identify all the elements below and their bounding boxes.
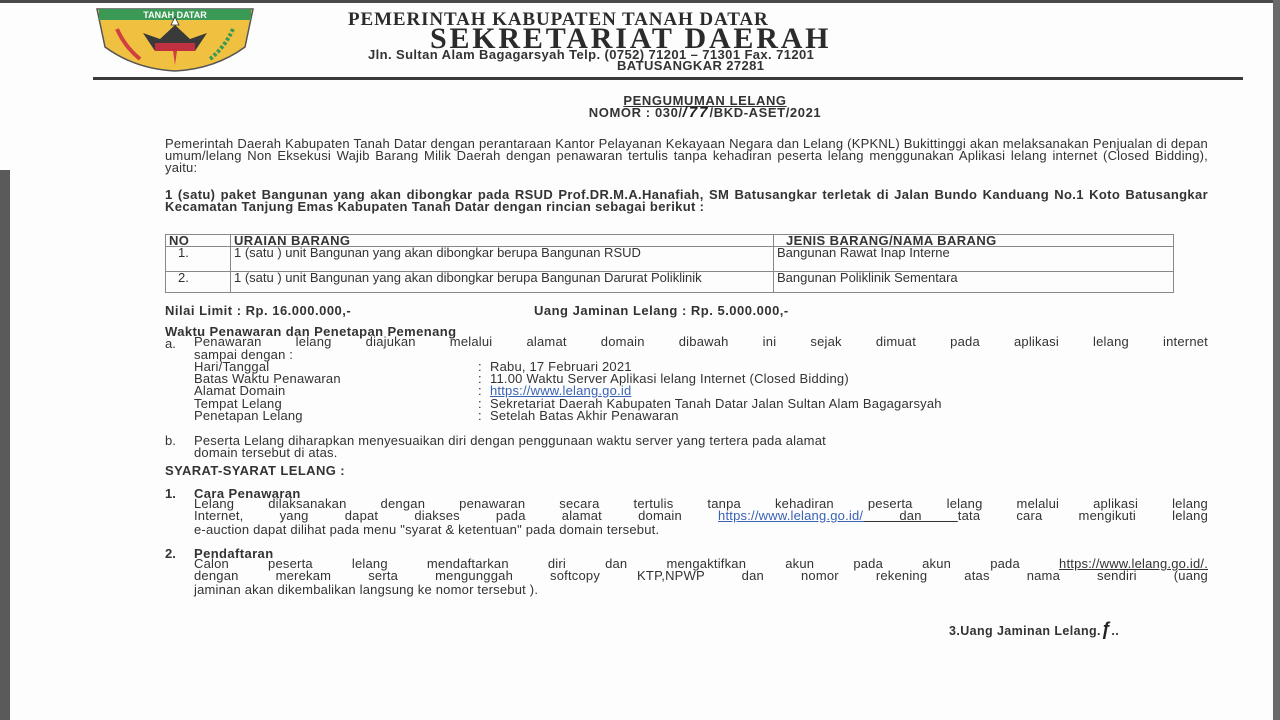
letterhead-divider [93,77,1243,80]
uang-jaminan: Uang Jaminan Lelang : Rp. 5.000.000,- [534,303,789,318]
continuation-text: 3.Uang Jaminan Lelang. [949,624,1101,638]
paraf-signature-icon: ƒ [1101,619,1111,639]
number-prefix: NOMOR : 030/ [589,105,683,120]
waktu-b-line2: domain tersebut di atas. [194,445,338,460]
row-jenis: Bangunan Rawat Inap Interne [774,247,1174,272]
waktu-a-line1: Penawaran lelang diajukan melalui alamat… [194,336,1208,348]
detail-colon: : [478,408,482,423]
lot-table: NO URAIAN BARANG JENIS BARANG/NAMA BARAN… [165,234,1174,293]
number-suffix: /BKD-ASET/2021 [710,105,822,120]
syarat-1-line2-post: tata cara mengikuti lelang [958,508,1208,523]
lelang-link[interactable]: https://www.lelang.go.id/ [718,508,863,523]
scan-left-edge [0,170,10,720]
waktu-a-marker: a. [165,336,176,351]
syarat-1-line3: e-auction dapat dilihat pada menu "syara… [194,522,659,537]
row-jenis: Bangunan Poliklinik Sementara [774,272,1174,293]
detail-label: Penetapan Lelang [194,408,303,423]
syarat-2-marker: 2. [165,546,176,561]
syarat-1-dan: dan [863,508,958,523]
table-header-no: NO [166,235,231,247]
detail-value: Setelah Batas Akhir Penawaran [490,408,679,423]
table-row: 1. 1 (satu ) unit Bangunan yang akan dib… [166,247,1174,272]
number-handwritten: /77 [683,104,710,121]
letterhead-city: BATUSANGKAR 27281 [617,58,764,73]
syarat-2-line2: dengan merekam serta mengunggah softcopy… [194,570,1208,582]
syarat-heading: SYARAT-SYARAT LELANG : [165,463,345,478]
row-no: 1. [166,247,231,272]
continuation-note: 3.Uang Jaminan Lelang.ƒ.. [949,619,1119,640]
syarat-2-line3: jaminan akan dikembalikan langsung ke no… [194,582,538,597]
document-number: NOMOR : 030//77/BKD-ASET/2021 [0,104,1280,121]
tanah-datar-emblem-icon: TANAH DATAR [95,7,255,72]
nilai-limit: Nilai Limit : Rp. 16.000.000,- [165,303,351,318]
table-row: 2. 1 (satu ) unit Bangunan yang akan dib… [166,272,1174,293]
scan-top-edge [0,0,1280,3]
row-uraian: 1 (satu ) unit Bangunan yang akan dibong… [231,247,774,272]
syarat-1-line2: Internet, yang dapat diakses pada alamat… [194,510,1208,522]
continuation-ellipsis: .. [1111,624,1119,638]
waktu-b-marker: b. [165,433,176,448]
syarat-1-marker: 1. [165,486,176,501]
intro-paragraph: Pemerintah Daerah Kabupaten Tanah Datar … [165,138,1208,174]
package-paragraph: 1 (satu) paket Bangunan yang akan dibong… [165,189,1208,213]
row-no: 2. [166,272,231,293]
row-uraian: 1 (satu ) unit Bangunan yang akan dibong… [231,272,774,293]
syarat-1-line2-text: Internet, yang dapat diakses pada alamat… [194,508,682,523]
